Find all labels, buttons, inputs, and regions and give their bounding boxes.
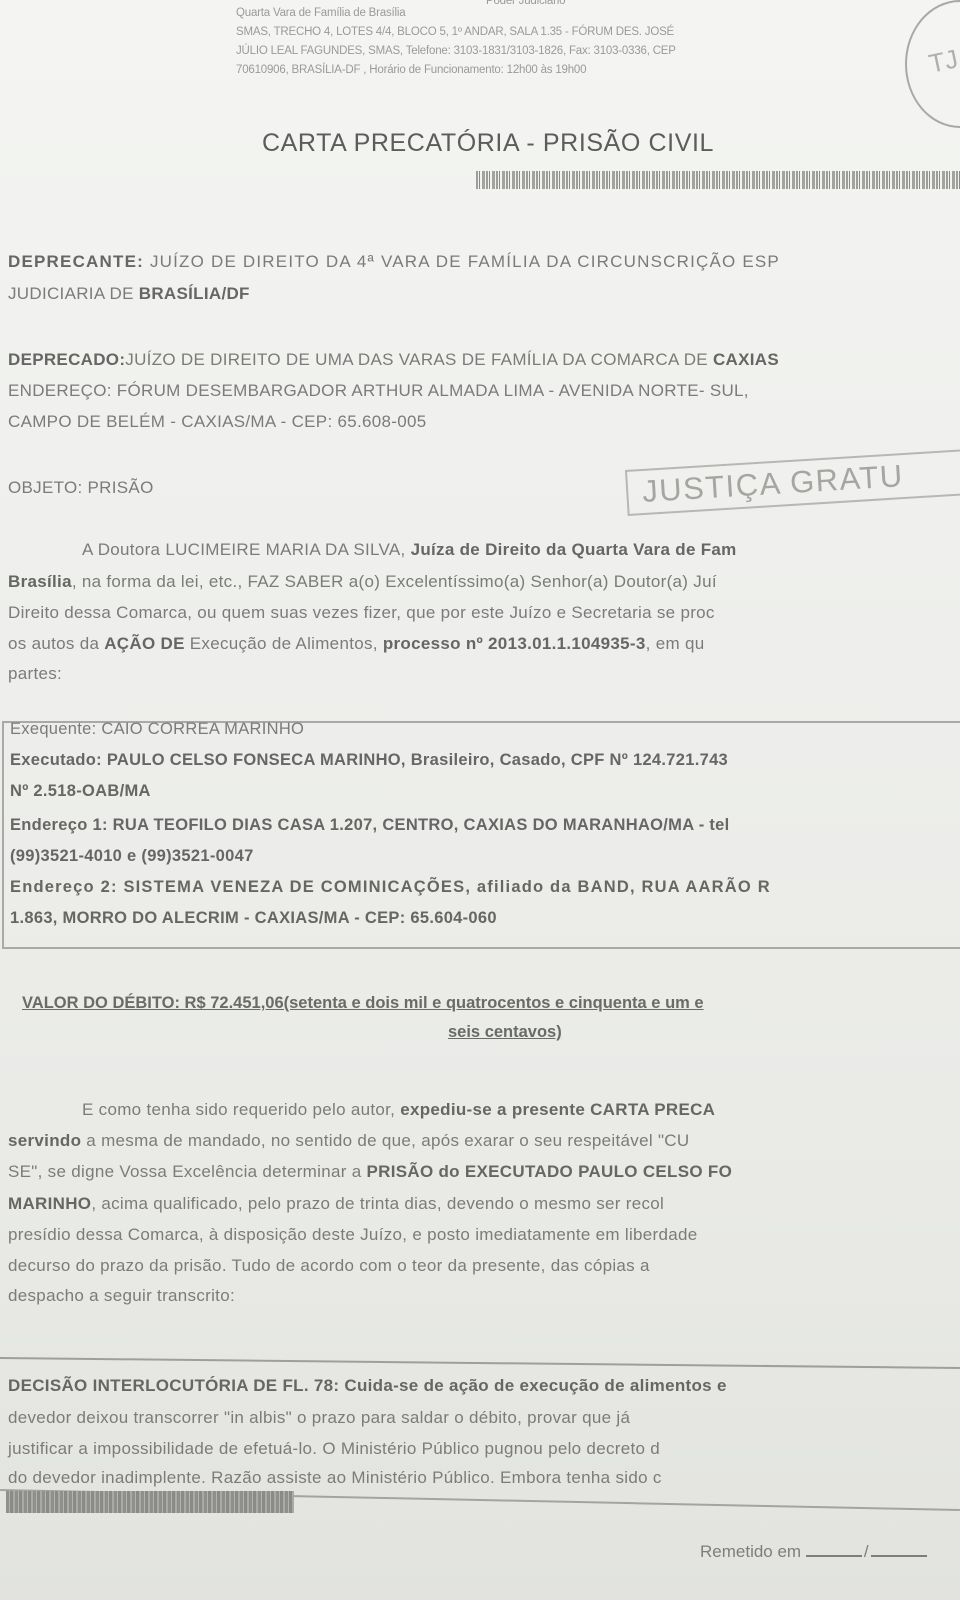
document-page: Poder Judiciário Quarta Vara de Família … bbox=[0, 0, 960, 1600]
decisao-line-3: justificar a impossibilidade de efetuá-l… bbox=[8, 1439, 660, 1459]
date-blank-month bbox=[871, 1543, 927, 1557]
date-slash: / bbox=[864, 1542, 869, 1561]
executado-text: PAULO CELSO FONSECA MARINHO, Brasileiro,… bbox=[102, 751, 728, 769]
endereco-2b-text: 1.863, MORRO DO ALECRIM - CAXIAS/MA - CE… bbox=[10, 909, 497, 927]
intro-4b: AÇÃO DE bbox=[104, 634, 185, 653]
body-1a: E como tenha sido requerido pelo autor, bbox=[82, 1100, 400, 1119]
justica-gratuita-stamp: JUSTIÇA GRATU bbox=[625, 448, 960, 516]
intro-4c: Execução de Alimentos, bbox=[185, 634, 383, 653]
oab-text: Nº 2.518-OAB/MA bbox=[10, 782, 151, 800]
objeto: OBJETO: PRISÃO bbox=[8, 478, 154, 498]
parties-box: Exequente: CAIO CORREA MARINHO Executado… bbox=[2, 721, 960, 949]
body-3a: SE", se digne Vossa Excelência determina… bbox=[8, 1162, 366, 1181]
valor-debito-line-1: VALOR DO DÉBITO: R$ 72.451,06(setenta e … bbox=[22, 994, 704, 1013]
intro-line-2: Brasília, na forma da lei, etc., FAZ SAB… bbox=[8, 572, 717, 592]
remetido-label: Remetido em bbox=[700, 1542, 806, 1561]
header-court: Quarta Vara de Família de Brasília bbox=[236, 4, 896, 23]
decisao-line-2: devedor deixou transcorrer "in albis" o … bbox=[8, 1408, 630, 1428]
deprecado-line-1: DEPRECADO:JUÍZO DE DIREITO DE UMA DAS VA… bbox=[8, 350, 779, 370]
decisao-line-1: DECISÃO INTERLOCUTÓRIA DE FL. 78: Cuida-… bbox=[8, 1376, 727, 1396]
endereco-1: Endereço 1: RUA TEOFILO DIAS CASA 1.207,… bbox=[10, 816, 730, 835]
deprecado-label: DEPRECADO: bbox=[8, 350, 125, 369]
endereco-2b: 1.863, MORRO DO ALECRIM - CAXIAS/MA - CE… bbox=[10, 909, 497, 928]
body-line-7: despacho a seguir transcrito: bbox=[8, 1286, 235, 1306]
body-line-2: servindo a mesma de mandado, no sentido … bbox=[8, 1131, 689, 1151]
barcode-top bbox=[476, 171, 960, 189]
decisao-label: DECISÃO INTERLOCUTÓRIA DE FL. 78: bbox=[8, 1376, 339, 1395]
deprecante-label: DEPRECANTE: bbox=[8, 252, 144, 271]
intro-line-1: A Doutora LUCIMEIRE MARIA DA SILVA, Juíz… bbox=[82, 540, 737, 560]
decisao-top-rule bbox=[0, 1357, 960, 1369]
decisao-1: Cuida-se de ação de execução de alimento… bbox=[339, 1376, 726, 1395]
seal-text: TJ bbox=[926, 43, 960, 79]
executado: Executado: PAULO CELSO FONSECA MARINHO, … bbox=[10, 751, 728, 770]
body-1b: expediu-se a presente CARTA PRECA bbox=[400, 1100, 715, 1119]
endereco-2-label: Endereço 2: bbox=[10, 878, 118, 896]
body-line-4: MARINHO, acima qualificado, pelo prazo d… bbox=[8, 1194, 664, 1214]
deprecante-city: BRASÍLIA/DF bbox=[139, 284, 250, 303]
endereco-1-label: Endereço 1: bbox=[10, 816, 108, 834]
intro-2a: Brasília bbox=[8, 572, 72, 591]
court-header: Poder Judiciário Quarta Vara de Família … bbox=[236, 4, 896, 80]
intro-4e: , em qu bbox=[646, 634, 705, 653]
deprecado-address-2: CAMPO DE BELÉM - CAXIAS/MA - CEP: 65.608… bbox=[8, 412, 427, 432]
executado-label: Executado: bbox=[10, 751, 102, 769]
body-2a: servindo bbox=[8, 1131, 81, 1150]
deprecante-text-2: JUDICIARIA DE bbox=[8, 284, 139, 303]
document-title: CARTA PRECATÓRIA - PRISÃO CIVIL bbox=[262, 129, 714, 158]
court-seal-stamp: TJ bbox=[905, 0, 960, 128]
body-line-5: presídio dessa Comarca, à disposição des… bbox=[8, 1225, 698, 1245]
header-address-1: SMAS, TRECHO 4, LOTES 4/4, BLOCO 5, 1º A… bbox=[236, 23, 896, 42]
intro-line-3: Direito dessa Comarca, ou quem suas veze… bbox=[8, 603, 715, 623]
endereco-2-text: SISTEMA VENEZA DE COMINICAÇÕES, afiliado… bbox=[118, 878, 771, 896]
header-address-2: JÚLIO LEAL FAGUNDES, SMAS, Telefone: 310… bbox=[236, 42, 896, 61]
exequente: Exequente: CAIO CORREA MARINHO bbox=[10, 720, 304, 739]
body-line-1: E como tenha sido requerido pelo autor, … bbox=[82, 1100, 715, 1120]
phones-text: (99)3521-4010 e (99)3521-0047 bbox=[10, 847, 254, 865]
valor-debito-line-2: seis centavos) bbox=[448, 1023, 562, 1042]
body-2b: a mesma de mandado, no sentido de que, a… bbox=[81, 1131, 689, 1150]
body-line-6: decurso do prazo da prisão. Tudo de acor… bbox=[8, 1256, 650, 1276]
intro-1b: Juíza de Direito da Quarta Vara de Fam bbox=[411, 540, 737, 559]
endereco-2: Endereço 2: SISTEMA VENEZA DE COMINICAÇÕ… bbox=[10, 878, 771, 897]
deprecado-city: CAXIAS bbox=[713, 350, 779, 369]
deprecante-line-1: DEPRECANTE: JUÍZO DE DIREITO DA 4ª VARA … bbox=[8, 252, 780, 272]
body-3b: PRISÃO do EXECUTADO PAULO CELSO FO bbox=[366, 1162, 732, 1181]
body-4a: MARINHO bbox=[8, 1194, 91, 1213]
endereco-1-text: RUA TEOFILO DIAS CASA 1.207, CENTRO, CAX… bbox=[108, 816, 730, 834]
date-blank-day bbox=[806, 1543, 862, 1557]
body-4b: , acima qualificado, pelo prazo de trint… bbox=[91, 1194, 664, 1213]
remetido-em: Remetido em / bbox=[700, 1542, 927, 1562]
process-number: processo nº 2013.01.1.104935-3 bbox=[383, 634, 646, 653]
body-line-3: SE", se digne Vossa Excelência determina… bbox=[8, 1162, 732, 1182]
intro-1a: A Doutora LUCIMEIRE MARIA DA SILVA, bbox=[82, 540, 411, 559]
deprecado-address-1: ENDEREÇO: FÓRUM DESEMBARGADOR ARTHUR ALM… bbox=[8, 381, 749, 401]
executado-oab: Nº 2.518-OAB/MA bbox=[10, 782, 151, 801]
intro-line-4: os autos da AÇÃO DE Execução de Alimento… bbox=[8, 634, 704, 654]
deprecado-text: JUÍZO DE DIREITO DE UMA DAS VARAS DE FAM… bbox=[125, 350, 713, 369]
header-line-0: Poder Judiciário bbox=[486, 0, 565, 11]
decisao-line-4: do devedor inadimplente. Razão assiste a… bbox=[8, 1468, 662, 1488]
intro-line-5: partes: bbox=[8, 664, 62, 684]
deprecante-text: JUÍZO DE DIREITO DA 4ª VARA DE FAMÍLIA D… bbox=[150, 252, 780, 271]
intro-4a: os autos da bbox=[8, 634, 104, 653]
phones: (99)3521-4010 e (99)3521-0047 bbox=[10, 847, 254, 866]
header-address-3: 70610906, BRASÍLIA-DF , Horário de Funci… bbox=[236, 61, 896, 80]
deprecante-line-2: JUDICIARIA DE BRASÍLIA/DF bbox=[8, 284, 250, 304]
intro-2b: , na forma da lei, etc., FAZ SABER a(o) … bbox=[72, 572, 717, 591]
barcode-bottom bbox=[6, 1491, 294, 1513]
